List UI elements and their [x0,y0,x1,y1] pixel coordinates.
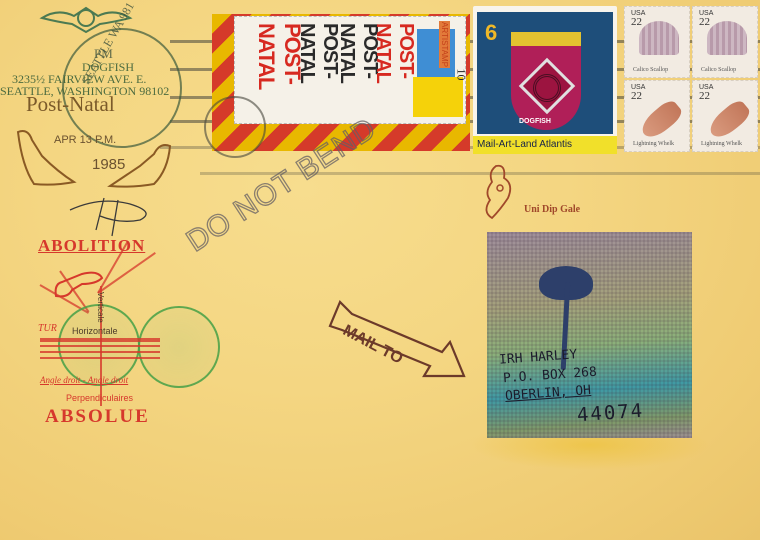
whelk-stamp: USA 22 Lightning Whelk [624,80,690,152]
abolition-heading: ABOLITION [38,236,145,256]
address-city: OBERLIN, OH [505,383,592,404]
absolue-heading: ABSOLUE [45,406,150,428]
stamp-value: 6 [485,20,497,46]
stamp-caption: Calico Scallop [701,67,736,73]
artistamp-side-text: ARTISTAMP [439,21,450,68]
scallop-shell-icon [707,21,747,55]
stamp-caption: Calico Scallop [633,67,668,73]
stamp-value: 22 [699,90,710,102]
hands-icon [14,126,174,196]
scallop-stamp: USA 22 Calico Scallop [624,6,690,78]
globe-stamp-right [138,306,220,388]
address-zip: 44074 [576,400,645,427]
stamp-yellow-block [413,77,463,117]
mail-to-stamp: MAIL TO [320,296,470,386]
stamp-man-caption: Uni Dip Gale [524,204,580,215]
cancellation-circle [204,96,266,158]
horizontale-label: Horizontale [72,326,118,336]
perpendiculaires-label: Perpendiculaires [66,393,133,403]
stamp-value: 22 [699,16,710,28]
stamp-caption: Lightning Whelk [701,141,742,147]
scallop-stamp: USA 22 Calico Scallop [692,6,758,78]
whelk-shell-icon [705,97,753,142]
stamp-value: 22 [631,90,642,102]
stamp-value: 10 [454,69,469,81]
cartoon-man-icon [480,162,520,224]
whelk-stamp: USA 22 Lightning Whelk [692,80,758,152]
spiral-icon [533,74,561,102]
arrow-icon [320,296,470,386]
stamp-caption: Lightning Whelk [633,141,674,147]
angle-droit-label: Angle droit - Angle droit [40,375,128,385]
verticale-label: Verticale [96,292,105,323]
tur-text: TUR [38,323,57,334]
address-panel: IRH HARLEY P.O. BOX 268 OBERLIN, OH 4407… [487,232,692,438]
atlantis-stamp: 6 DOGFISH Mail-Art-Land Atlantis [473,6,617,154]
stamp-label: DOGFISH [519,118,551,125]
shell-stamp-block: USA 22 Calico Scallop USA 22 Calico Scal… [620,4,760,154]
atlantis-banner: Mail-Art-Land Atlantis [473,136,617,154]
envelope: SEATTLE WA 981 PM DOGFISH 3235½ FAIRVIEW… [0,0,760,540]
stamp-value: 22 [631,16,642,28]
scallop-shell-icon [639,21,679,55]
whelk-shell-icon [637,97,685,142]
post-natal-title: Post-Natal [26,92,115,117]
shield-icon [511,32,581,130]
stamp-word: POST-NATAL [371,23,417,123]
